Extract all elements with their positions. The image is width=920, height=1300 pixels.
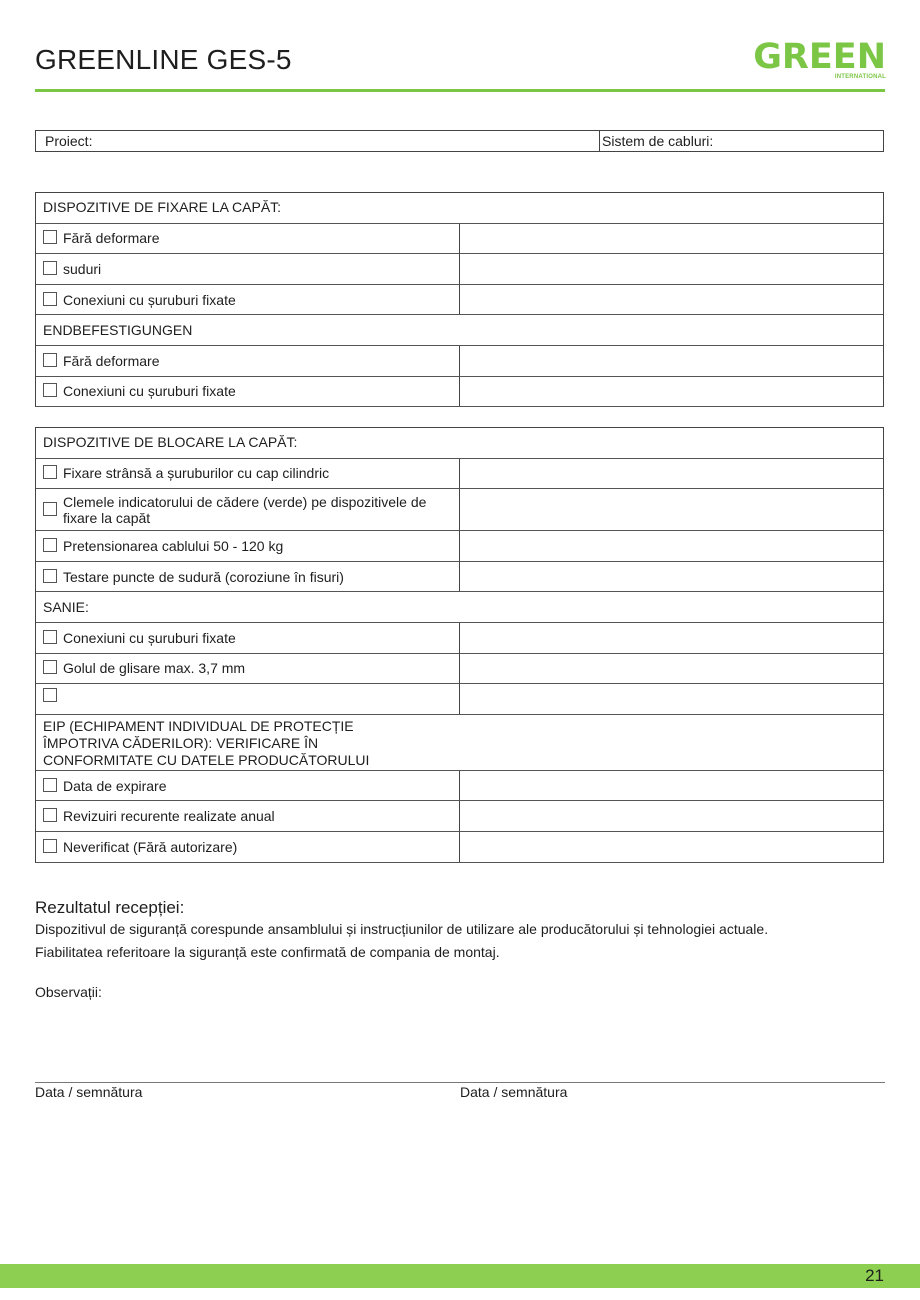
notes-cell[interactable]	[460, 684, 883, 714]
notes-cell[interactable]	[460, 285, 883, 315]
result-statement: Fiabilitatea referitoare la siguranță es…	[35, 944, 500, 960]
checklist-row-blank	[36, 684, 883, 715]
section-title: DISPOZITIVE DE BLOCARE LA CAPĂT:	[43, 434, 297, 451]
project-info-table: Proiect: Sistem de cabluri:	[35, 130, 884, 152]
checkbox[interactable]	[43, 465, 57, 479]
checkbox[interactable]	[43, 230, 57, 244]
checklist-item-label: Conexiuni cu șuruburi fixate	[63, 383, 236, 399]
checklist-row: Clemele indicatorului de cădere (verde) …	[36, 489, 883, 531]
project-label: Proiect:	[45, 133, 92, 149]
checkbox[interactable]	[43, 808, 57, 822]
ppe-title-line: ÎMPOTRIVA CĂDERILOR): VERIFICARE ÎN	[43, 735, 318, 752]
sled-header: SANIE:	[36, 592, 883, 623]
notes-cell[interactable]	[460, 623, 883, 653]
footer-bar	[0, 1264, 920, 1288]
sled-title: SANIE:	[43, 599, 89, 616]
checkbox[interactable]	[43, 261, 57, 275]
notes-cell[interactable]	[460, 654, 883, 684]
checklist-row: Revizuiri recurente realizate anual	[36, 801, 883, 832]
checklist-row: Data de expirare	[36, 771, 883, 802]
cable-system-label: Sistem de cabluri:	[602, 133, 713, 149]
checklist-item-label: Revizuiri recurente realizate anual	[63, 808, 275, 824]
checklist-row: Fără deformare	[36, 224, 883, 255]
remarks-label: Observații:	[35, 984, 102, 1000]
checkbox[interactable]	[43, 538, 57, 552]
checkbox[interactable]	[43, 502, 57, 516]
checklist-row: Fără deformare	[36, 346, 883, 377]
notes-cell[interactable]	[460, 562, 883, 592]
checklist-item-label: Data de expirare	[63, 778, 167, 794]
checkbox[interactable]	[43, 630, 57, 644]
checkbox[interactable]	[43, 383, 57, 397]
green-international-logo: GREEN INTERNATIONAL	[752, 40, 886, 80]
page-number: 21	[865, 1266, 884, 1286]
checklist-item-label: Testare puncte de sudură (coroziune în f…	[63, 569, 344, 585]
notes-cell[interactable]	[460, 459, 883, 489]
cable-system-field[interactable]: Sistem de cabluri:	[600, 131, 883, 151]
ppe-header: EIP (ECHIPAMENT INDIVIDUAL DE PROTECȚIE …	[36, 715, 883, 771]
checklist-row: Conexiuni cu șuruburi fixate	[36, 285, 883, 316]
end-fixing-devices-table: DISPOZITIVE DE FIXARE LA CAPĂT: Fără def…	[35, 192, 884, 407]
section-title: DISPOZITIVE DE FIXARE LA CAPĂT:	[43, 199, 281, 216]
checklist-row: Fixare strânsă a șuruburilor cu cap cili…	[36, 459, 883, 490]
signature-label-left: Data / semnătura	[35, 1084, 142, 1100]
notes-cell[interactable]	[460, 531, 883, 561]
section-header: DISPOZITIVE DE BLOCARE LA CAPĂT:	[36, 428, 883, 459]
checkbox[interactable]	[43, 569, 57, 583]
checklist-item-label: Clemele indicatorului de cădere (verde) …	[63, 494, 453, 526]
checklist-row: Conexiuni cu șuruburi fixate	[36, 377, 883, 408]
notes-cell[interactable]	[460, 224, 883, 254]
end-locking-devices-table: DISPOZITIVE DE BLOCARE LA CAPĂT: Fixare …	[35, 427, 884, 863]
checklist-row: Golul de glisare max. 3,7 mm	[36, 654, 883, 685]
notes-cell[interactable]	[460, 832, 883, 862]
checklist-item-label: Fără deformare	[63, 230, 159, 246]
document-title: GREENLINE GES-5	[35, 44, 292, 76]
checkbox[interactable]	[43, 688, 57, 702]
checklist-item-label: suduri	[63, 261, 101, 277]
checkbox[interactable]	[43, 660, 57, 674]
checklist-item-label: Neverificat (Fără autorizare)	[63, 839, 237, 855]
notes-cell[interactable]	[460, 801, 883, 831]
checklist-item-label: Pretensionarea cablului 50 - 120 kg	[63, 538, 283, 554]
notes-cell[interactable]	[460, 489, 883, 530]
checklist-item-label: Conexiuni cu șuruburi fixate	[63, 292, 236, 308]
checklist-row: Conexiuni cu șuruburi fixate	[36, 623, 883, 654]
notes-cell[interactable]	[460, 771, 883, 801]
section-header: DISPOZITIVE DE FIXARE LA CAPĂT:	[36, 193, 883, 224]
checklist-item-label: Fixare strânsă a șuruburilor cu cap cili…	[63, 465, 329, 481]
project-field[interactable]: Proiect:	[36, 131, 600, 151]
ppe-title-line: EIP (ECHIPAMENT INDIVIDUAL DE PROTECȚIE	[43, 718, 354, 735]
result-statement: Dispozitivul de siguranță corespunde ans…	[35, 921, 768, 937]
signature-label-right: Data / semnătura	[460, 1084, 567, 1100]
checklist-item-label: Golul de glisare max. 3,7 mm	[63, 660, 245, 676]
checklist-item-label: Conexiuni cu șuruburi fixate	[63, 630, 236, 646]
subsection-title: ENDBEFESTIGUNGEN	[43, 322, 192, 339]
notes-cell[interactable]	[460, 377, 883, 407]
checklist-row: Pretensionarea cablului 50 - 120 kg	[36, 531, 883, 562]
header-divider	[35, 89, 885, 92]
result-title: Rezultatul recepției:	[35, 898, 184, 918]
notes-cell[interactable]	[460, 254, 883, 284]
checklist-row: Testare puncte de sudură (coroziune în f…	[36, 562, 883, 593]
logo-wordmark: GREEN	[752, 40, 886, 74]
checklist-row: suduri	[36, 254, 883, 285]
notes-cell[interactable]	[460, 346, 883, 376]
checklist-item-label: Fără deformare	[63, 353, 159, 369]
signature-line	[35, 1082, 885, 1083]
checkbox[interactable]	[43, 839, 57, 853]
subsection-header: ENDBEFESTIGUNGEN	[36, 315, 883, 346]
checkbox[interactable]	[43, 778, 57, 792]
checkbox[interactable]	[43, 292, 57, 306]
checkbox[interactable]	[43, 353, 57, 367]
checklist-row: Neverificat (Fără autorizare)	[36, 832, 883, 863]
ppe-title-line: CONFORMITATE CU DATELE PRODUCĂTORULUI	[43, 752, 369, 769]
